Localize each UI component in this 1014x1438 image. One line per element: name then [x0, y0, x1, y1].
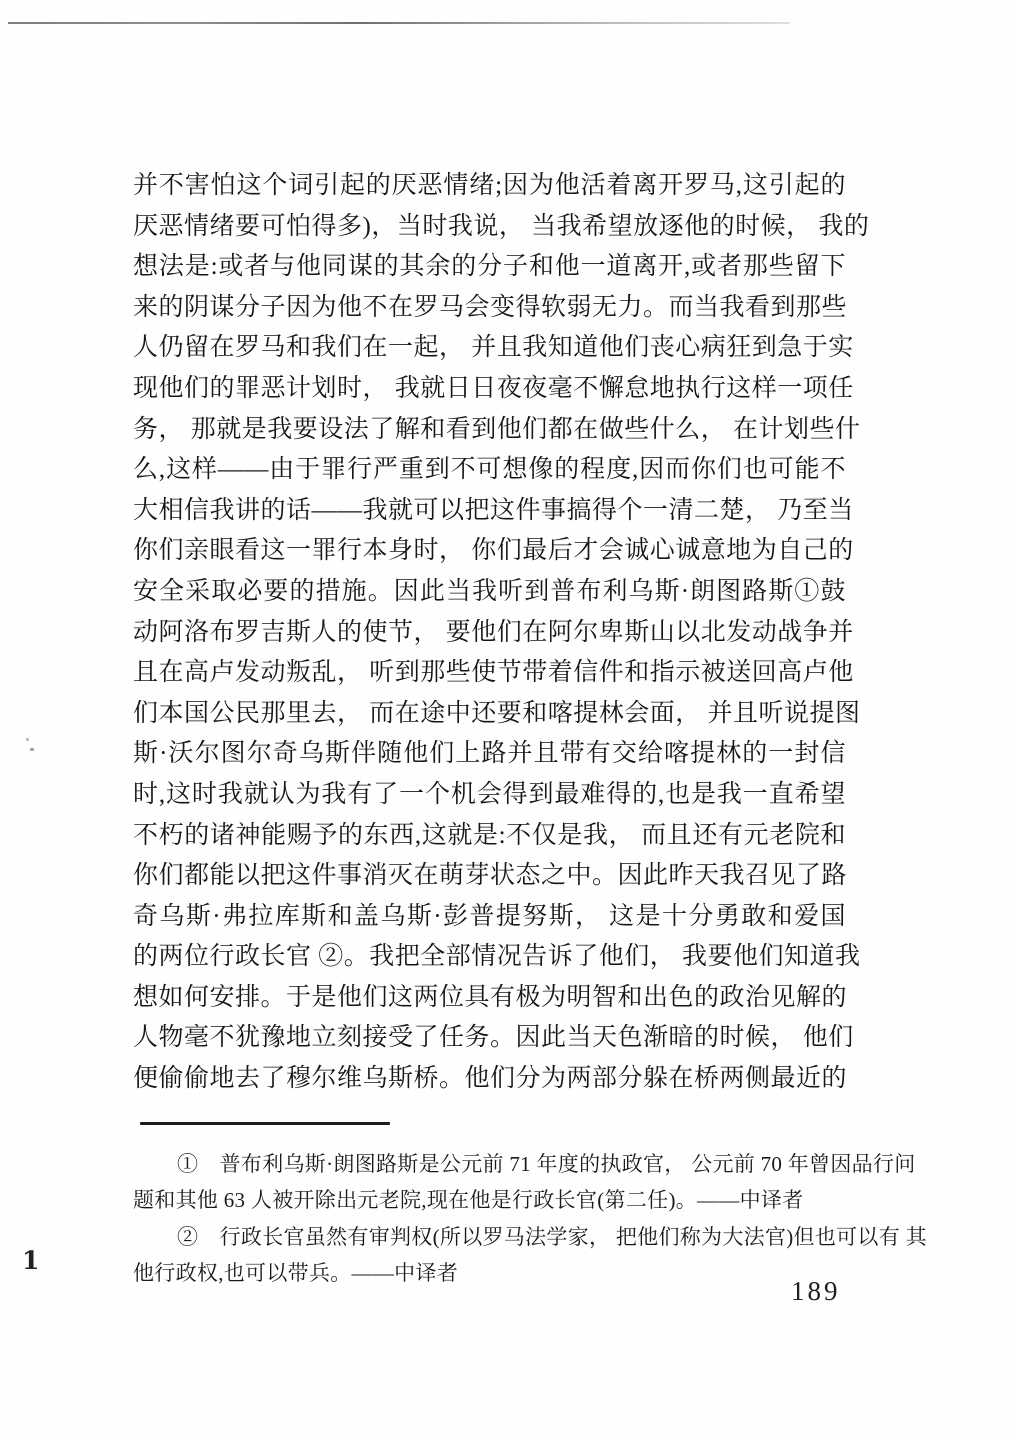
footnote-line: ② 行政长官虽然有审判权(所以罗马法学家， 把他们称为大法官)但也可以有 其 [133, 1219, 860, 1255]
text-line: 斯·沃尔图尔奇乌斯伴随他们上路并且带有交给喀提林的一封信 [133, 734, 846, 775]
scan-speck [30, 748, 34, 751]
text-line: 么,这样——由于罪行严重到不可想像的程度,因而你们也可能不 [133, 450, 846, 491]
text-line: 人仍留在罗马和我们在一起， 并且我知道他们丧心病狂到急于实 [133, 328, 846, 369]
text-line: 且在高卢发动叛乱， 听到那些使节带着信件和指示被送回高卢他 [133, 653, 846, 694]
text-line: 人物毫不犹豫地立刻接受了任务。因此当天色渐暗的时候， 他们 [133, 1018, 846, 1059]
text-line: 动阿洛布罗吉斯人的使节， 要他们在阿尔卑斯山以北发动战争并 [133, 613, 846, 654]
text-line: 安全采取必要的措施。因此当我听到普布利乌斯·朗图路斯①鼓 [133, 572, 846, 613]
text-line: 的两位行政长官 ②。我把全部情况告诉了他们， 我要他们知道我 [133, 937, 846, 978]
text-line: 们本国公民那里去， 而在途中还要和喀提林会面， 并且听说提图 [133, 694, 846, 735]
text-line: 现他们的罪恶计划时， 我就日日夜夜毫不懈怠地执行这样一项任 [133, 369, 846, 410]
page-number: 189 [791, 1276, 841, 1307]
text-line: 时,这时我就认为我有了一个机会得到最难得的,也是我一直希望 [133, 775, 846, 816]
text-line: 你们都能以把这件事消灭在萌芽状态之中。因此昨天我召见了路 [133, 856, 846, 897]
footnote-area: ① 普布利乌斯·朗图路斯是公元前 71 年度的执政官， 公元前 70 年曾因品行… [133, 1146, 860, 1292]
text-line: 不朽的诸神能赐予的东西,这就是:不仅是我， 而且还有元老院和 [133, 816, 846, 857]
text-line: 想如何安排。于是他们这两位具有极为明智和出色的政治见解的 [133, 978, 846, 1019]
text-line: 务， 那就是我要设法了解和看到他们都在做些什么， 在计划些什 [133, 410, 846, 451]
footnote-line: 题和其他 63 人被开除出元老院,现在他是行政长官(第二任)。——中译者 [133, 1182, 860, 1218]
text-line: 来的阴谋分子因为他不在罗马会变得软弱无力。而当我看到那些 [133, 288, 846, 329]
scan-speck [26, 738, 29, 741]
text-line: 奇乌斯·弗拉库斯和盖乌斯·彭普提努斯， 这是十分勇敢和爱国 [133, 897, 846, 938]
margin-mark: 1 [22, 1246, 39, 1275]
text-line: 并不害怕这个词引起的厌恶情绪;因为他活着离开罗马,这引起的 [133, 166, 846, 207]
text-line: 便偷偷地去了穆尔维乌斯桥。他们分为两部分躲在桥两侧最近的 [133, 1059, 846, 1100]
footnote-line: ① 普布利乌斯·朗图路斯是公元前 71 年度的执政官， 公元前 70 年曾因品行… [133, 1146, 860, 1182]
footnote-divider [140, 1122, 390, 1125]
text-line: 大相信我讲的话——我就可以把这件事搞得个一清二楚， 乃至当 [133, 491, 846, 532]
page-edge-scan-line [8, 22, 790, 24]
text-line: 厌恶情绪要可怕得多)，当时我说， 当我希望放逐他的时候， 我的 [133, 207, 846, 248]
book-page-scan: 并不害怕这个词引起的厌恶情绪;因为他活着离开罗马,这引起的厌恶情绪要可怕得多)，… [0, 0, 1014, 1438]
text-line: 想法是:或者与他同谋的其余的分子和他一道离开,或者那些留下 [133, 247, 846, 288]
body-text: 并不害怕这个词引起的厌恶情绪;因为他活着离开罗马,这引起的厌恶情绪要可怕得多)，… [133, 166, 846, 1100]
text-line: 你们亲眼看这一罪行本身时， 你们最后才会诚心诚意地为自己的 [133, 531, 846, 572]
footnote-line: 他行政权,也可以带兵。——中译者 [133, 1255, 860, 1291]
